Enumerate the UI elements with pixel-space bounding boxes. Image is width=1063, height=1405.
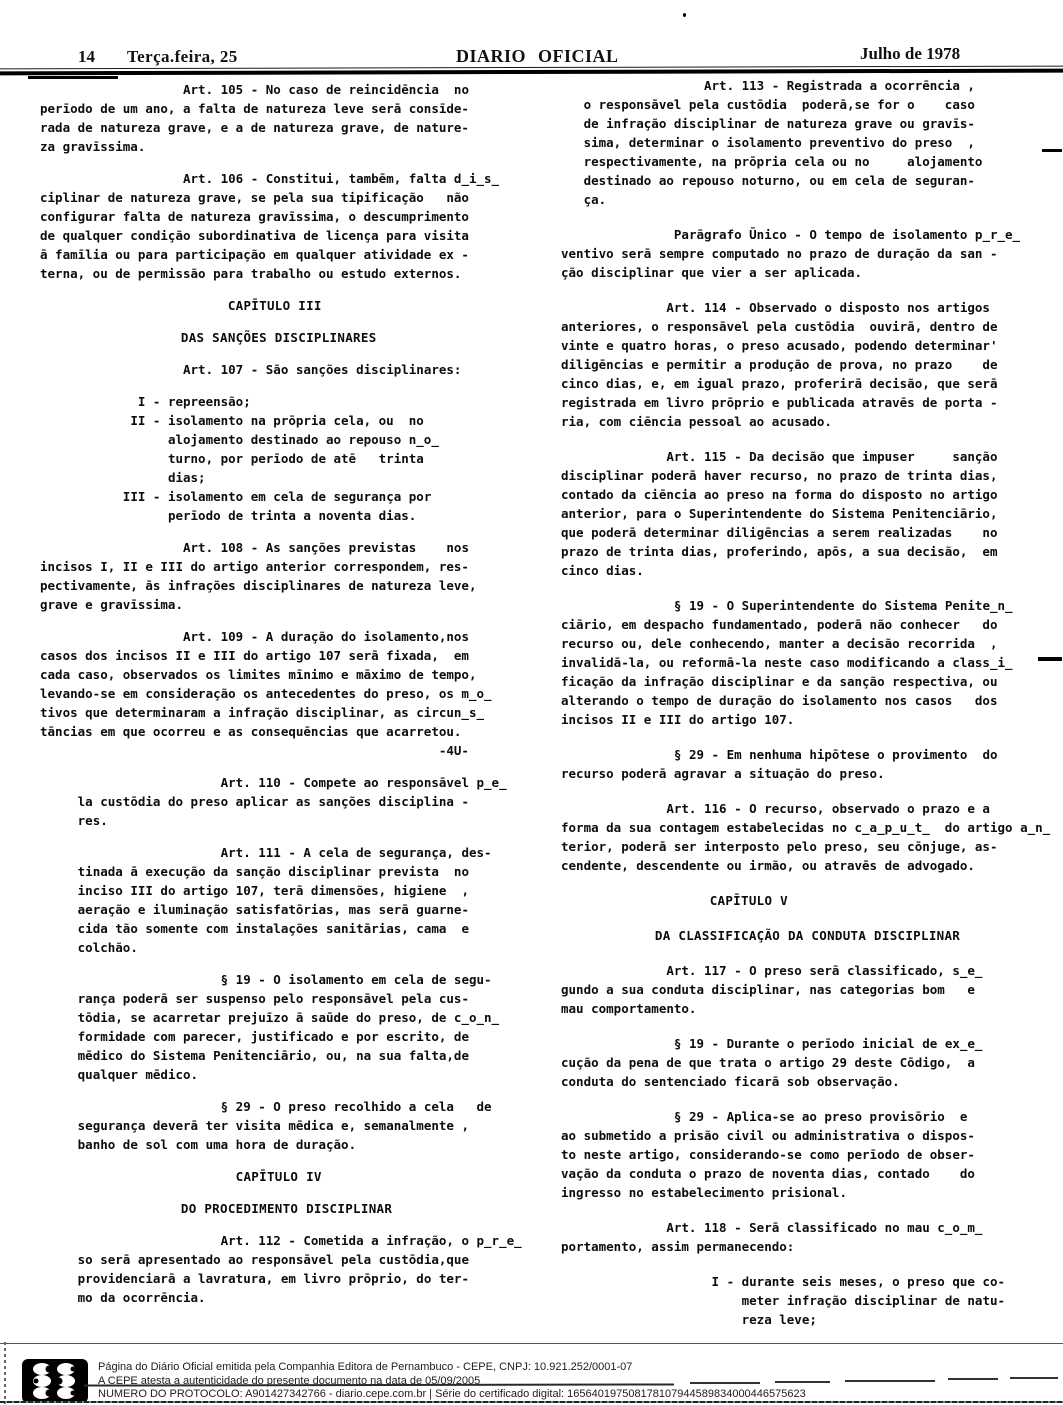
- article-118: Art. 118 - Serā classificado no mau c̲o̲…: [561, 1218, 1061, 1256]
- article-111-paragraph-2: § 29 - O preso recolhido a cela de segur…: [40, 1097, 552, 1154]
- article-117: Art. 117 - O preso serā classificado, s̲…: [561, 961, 1061, 1018]
- article-117-paragraph-1: § 19 - Durante o perīodo inicial de ex̲e…: [561, 1034, 1061, 1091]
- article-107: Art. 107 - São sanções disciplinares:: [40, 360, 552, 379]
- edition-weekday: Terça.feira, 25: [127, 47, 238, 67]
- article-115: Art. 115 - Da decisão que impuser sanção…: [561, 447, 1061, 580]
- chapter-4-heading: CAPĪTULO IV: [40, 1167, 552, 1186]
- header-rule-thick: [0, 69, 1063, 76]
- article-115-paragraph-1: § 19 - O Superintendente do Sistema Peni…: [561, 596, 1061, 729]
- article-111-paragraph-1: § 19 - O isolamento em cela de segu- ran…: [40, 970, 552, 1084]
- cepe-logo: [22, 1359, 88, 1403]
- article-113: Art. 113 - Registrada a ocorrēncia , o r…: [561, 76, 1061, 209]
- right-column: Art. 113 - Registrada a ocorrēncia , o r…: [561, 76, 1061, 1345]
- article-117-paragraph-2: § 29 - Aplica-se ao preso provisōrio e a…: [561, 1107, 1061, 1202]
- header-rule-left-segment: [28, 76, 118, 79]
- footer-dotted-edge: [4, 1342, 6, 1404]
- article-108: Art. 108 - As sanções previstas nos inci…: [40, 538, 552, 614]
- scan-dash-mark: [1042, 149, 1062, 152]
- footer-strike-dash: [690, 1382, 760, 1384]
- chapter-3-title: DAS SANÇÕES DISCIPLINARES: [40, 328, 552, 347]
- footer-strike-dash: [775, 1381, 830, 1383]
- chapter-5-title: DA CLASSIFICAÇÃO DA CONDUTA DISCIPLINAR: [561, 926, 1061, 945]
- article-113-sole-paragraph: Parāgrafo Ūnico - O tempo de isolamento …: [561, 225, 1061, 282]
- edition-date: Julho de 1978: [860, 44, 960, 64]
- chapter-4-title: DO PROCEDIMENTO DISCIPLINAR: [40, 1199, 552, 1218]
- article-109: Art. 109 - A duração do isolamento,nos c…: [40, 627, 552, 760]
- article-110: Art. 110 - Compete ao responsāvel p̲e̲ l…: [40, 773, 552, 830]
- footer-top-rule: [0, 1343, 1063, 1344]
- left-column: Art. 105 - No caso de reincidēncia no pe…: [40, 80, 552, 1320]
- footer-line-issuer: Página do Diário Oficial emitida pela Co…: [98, 1361, 1058, 1375]
- article-111: Art. 111 - A cela de segurança, des- tin…: [40, 843, 552, 957]
- chapter-5-heading: CAPĪTULO V: [561, 891, 1061, 910]
- article-106: Art. 106 - Constitui, tambēm, falta d̲i̲…: [40, 169, 552, 283]
- article-114: Art. 114 - Observado o disposto nos arti…: [561, 298, 1061, 431]
- footer-strike-dash: [845, 1380, 935, 1382]
- scan-speck: [683, 13, 686, 17]
- article-112: Art. 112 - Cometida a infração, o p̲r̲e̲…: [40, 1231, 552, 1307]
- article-107-items: I - repreensão; II - isolamento na prōpr…: [40, 392, 552, 525]
- footer-strike-dash: [948, 1378, 998, 1380]
- article-116: Art. 116 - O recurso, observado o prazo …: [561, 799, 1061, 875]
- page-number: 14: [78, 47, 95, 67]
- gazette-title: DIARIO OFICIAL: [456, 46, 619, 67]
- chapter-3-heading: CAPĪTULO III: [40, 296, 552, 315]
- gazette-page: 14 Terça.feira, 25 DIARIO OFICIAL Julho …: [0, 0, 1063, 1405]
- article-105: Art. 105 - No caso de reincidēncia no pe…: [40, 80, 552, 156]
- article-118-item-1: I - durante seis meses, o preso que co- …: [561, 1272, 1061, 1329]
- footer-line-protocol: NUMERO DO PROTOCOLO: A901427342766 - dia…: [98, 1388, 1058, 1402]
- footer-strike-dash: [1010, 1377, 1058, 1379]
- scan-dash-mark: [1038, 657, 1062, 661]
- footer-bottom-rule: [0, 1401, 1063, 1403]
- article-115-paragraph-2: § 29 - Em nenhuma hipōtese o provimento …: [561, 745, 1061, 783]
